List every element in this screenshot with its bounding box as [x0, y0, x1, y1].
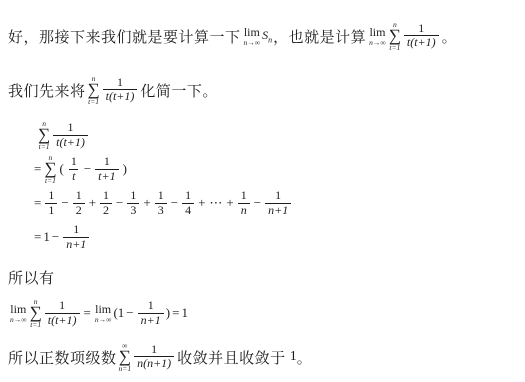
- limit-notation: lim n→∞: [244, 26, 261, 47]
- sum-notation: n ∑ t=1: [38, 120, 50, 150]
- s-subscript: n: [268, 35, 272, 44]
- sigma-icon: ∑: [88, 82, 100, 97]
- fraction-denominator: t(t+1): [53, 135, 88, 150]
- fraction: 1 1: [45, 189, 57, 218]
- fraction: 1 t: [68, 155, 80, 184]
- fraction: 1 n(n+1): [134, 343, 174, 372]
- limit-sum-formula: lim n→∞ n ∑ t=1 1 t(t+1): [367, 21, 441, 51]
- fraction-numerator: 1: [148, 343, 160, 357]
- minus-sign: −: [50, 229, 61, 245]
- sum-lower-limit: t=1: [39, 143, 50, 151]
- sigma-icon: ∑: [30, 305, 42, 320]
- fraction-denominator: n+1: [63, 237, 89, 252]
- fraction-numerator: 1: [415, 22, 427, 36]
- equals-sign: =: [32, 195, 43, 211]
- fraction-denominator: n+1: [138, 313, 164, 328]
- paragraph-text: 化简一下。: [140, 80, 218, 101]
- fraction: 1 n+1: [138, 299, 164, 328]
- fraction-numerator: 1: [182, 189, 194, 203]
- plus-sign: +: [224, 195, 235, 211]
- paragraph-text: 所以正数项级数: [8, 347, 117, 368]
- sum-formula: n ∑ t=1 1 t(t+1): [87, 75, 140, 105]
- sum-notation: n ∑ t=1: [88, 75, 100, 105]
- fraction-denominator: t: [69, 169, 78, 184]
- fraction: 1 2: [100, 189, 112, 218]
- fraction-denominator: 3: [127, 203, 139, 218]
- fraction: 1 n+1: [63, 223, 89, 252]
- sigma-icon: ∑: [44, 161, 56, 176]
- fraction: 1 n+1: [265, 189, 291, 218]
- fraction-numerator: 1: [100, 189, 112, 203]
- fraction-denominator: 1: [45, 203, 57, 218]
- minus-sign: −: [59, 195, 70, 211]
- equation-line-3: = 1 1 − 1 2 + 1 2 − 1 3 + 1 3: [32, 186, 519, 220]
- fraction-numerator: 1: [238, 189, 250, 203]
- fraction: 1 3: [155, 189, 167, 218]
- cdots: ⋯: [207, 195, 224, 211]
- paragraph-text: 好，那接下来我们就是要计算一下: [8, 26, 241, 47]
- equation-line-4: = 1 − 1 n+1: [32, 220, 519, 254]
- fraction-numerator: 1: [145, 299, 157, 313]
- sequence-symbol: Sn: [262, 28, 272, 44]
- series-formula: ∞ ∑ n=1 1 n(n+1): [118, 342, 177, 372]
- fraction-denominator: n: [238, 203, 250, 218]
- minus-sign: −: [82, 161, 93, 177]
- fraction-denominator: t(t+1): [45, 313, 80, 328]
- equals-sign: =: [170, 305, 181, 321]
- lim-word: lim: [10, 303, 26, 315]
- fraction-denominator: 3: [155, 203, 167, 218]
- fraction-numerator: 1: [73, 189, 85, 203]
- sigma-icon: ∑: [119, 349, 131, 364]
- fraction-numerator: 1: [101, 155, 113, 169]
- fraction: 1 t(t+1): [103, 76, 138, 105]
- plus-sign: +: [87, 195, 98, 211]
- minus-sign: −: [252, 195, 263, 211]
- fraction-numerator: 1: [68, 155, 80, 169]
- lim-word: lim: [95, 303, 111, 315]
- fraction-denominator: t(t+1): [103, 89, 138, 104]
- sum-lower-limit: n=1: [119, 365, 132, 373]
- plus-sign: +: [196, 195, 207, 211]
- number-one: 1: [290, 349, 297, 365]
- limit-equation: lim n→∞ n ∑ t=1 1 t(t+1) = lim n→∞ ( 1 −…: [8, 294, 519, 332]
- fraction-denominator: 2: [73, 203, 85, 218]
- fraction-denominator: t+1: [95, 169, 118, 184]
- equals-sign: =: [82, 305, 93, 321]
- fraction-numerator: 1: [45, 189, 57, 203]
- sum-notation: n ∑ t=1: [30, 298, 42, 328]
- sum-lower-limit: t=1: [88, 98, 99, 106]
- paragraph-text: 我们先来将: [8, 80, 86, 101]
- fraction-numerator: 1: [155, 189, 167, 203]
- paragraph-text: 。: [297, 347, 313, 368]
- sigma-icon: ∑: [389, 28, 401, 43]
- sum-notation: ∞ ∑ n=1: [119, 342, 132, 372]
- limit-notation: lim n→∞: [95, 303, 112, 324]
- fraction-denominator: 4: [182, 203, 194, 218]
- fraction-numerator: 1: [65, 121, 77, 135]
- fraction-numerator: 1: [70, 223, 82, 237]
- equals-sign: =: [32, 229, 43, 245]
- lim-word: lim: [244, 26, 260, 38]
- fraction-denominator: 2: [100, 203, 112, 218]
- lim-word: lim: [369, 26, 385, 38]
- lim-subscript: n→∞: [244, 39, 261, 47]
- equation-line-2: = n ∑ t=1 ( 1 t − 1 t+1 ): [32, 152, 519, 186]
- fraction-numerator: 1: [127, 189, 139, 203]
- number-one: 1: [181, 305, 188, 321]
- paragraph-text: 收敛并且收敛于: [177, 347, 286, 368]
- fraction-denominator: n+1: [265, 203, 291, 218]
- derivation-block: n ∑ t=1 1 t(t+1) = n ∑ t=1 ( 1 t −: [32, 118, 519, 254]
- lim-subscript: n→∞: [10, 316, 27, 324]
- paragraph-text: ，也就是计算: [273, 26, 366, 47]
- fraction-numerator: 1: [114, 76, 126, 90]
- minus-sign: −: [169, 195, 180, 211]
- fraction: 1 t+1: [95, 155, 118, 184]
- fraction-denominator: t(t+1): [404, 35, 439, 50]
- fraction: 1 2: [73, 189, 85, 218]
- sum-lower-limit: t=1: [45, 177, 56, 185]
- limit-notation: lim n→∞: [369, 26, 386, 47]
- paragraph-simplify: 我们先来将 n ∑ t=1 1 t(t+1) 化简一下。: [8, 66, 519, 114]
- document: 好，那接下来我们就是要计算一下 lim n→∞ Sn ，也就是计算 lim n→…: [0, 0, 525, 382]
- plus-sign: +: [141, 195, 152, 211]
- limit-sn-formula: lim n→∞ Sn: [242, 26, 273, 47]
- paragraph-conclusion: 所以正数项级数 ∞ ∑ n=1 1 n(n+1) 收敛并且收敛于 1 。: [8, 334, 519, 380]
- lim-subscript: n→∞: [369, 39, 386, 47]
- limit-notation: lim n→∞: [10, 303, 27, 324]
- fraction: 1 4: [182, 189, 194, 218]
- equation-line-1: n ∑ t=1 1 t(t+1): [37, 118, 519, 152]
- paragraph-text: 。: [442, 26, 458, 47]
- sum-notation: n ∑ t=1: [44, 154, 56, 184]
- fraction: 1 3: [127, 189, 139, 218]
- fraction: 1 t(t+1): [404, 22, 439, 51]
- fraction-numerator: 1: [56, 299, 68, 313]
- fraction: 1 n: [238, 189, 250, 218]
- equals-sign: =: [32, 161, 43, 177]
- paragraph-intro: 好，那接下来我们就是要计算一下 lim n→∞ Sn ，也就是计算 lim n→…: [8, 14, 519, 58]
- paragraph-text: 所以有: [8, 267, 55, 288]
- fraction: 1 t(t+1): [53, 121, 88, 150]
- sum-lower-limit: t=1: [30, 321, 41, 329]
- paragraph-therefore: 所以有: [8, 264, 519, 290]
- fraction-numerator: 1: [272, 189, 284, 203]
- minus-sign: −: [114, 195, 125, 211]
- fraction: 1 t(t+1): [45, 299, 80, 328]
- sigma-icon: ∑: [38, 127, 50, 142]
- lim-subscript: n→∞: [95, 316, 112, 324]
- left-paren: (: [57, 161, 65, 177]
- minus-sign: −: [124, 305, 135, 321]
- sum-lower-limit: t=1: [389, 44, 400, 52]
- fraction-denominator: n(n+1): [134, 356, 174, 371]
- right-paren: ): [121, 161, 129, 177]
- sum-notation: n ∑ t=1: [389, 21, 401, 51]
